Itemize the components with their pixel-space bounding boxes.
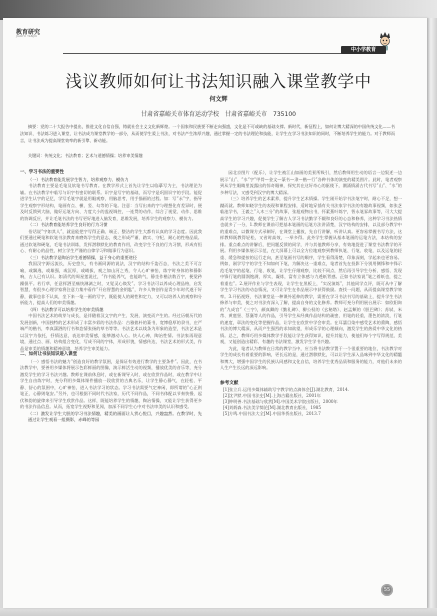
author-affiliation: 甘肃省嘉峪关市体育运动学校 甘肃省嘉峪关市 735100 [0,109,437,118]
scan-top-shadow [0,0,437,20]
paragraph: 为此，笔者认为教师在日常的教学当中，应当将书法教学置于一个很重要的地位，书法教学… [220,346,402,372]
paragraph: 俗话说“字如其人”，就是能把字写得正确、端正、整洁的学生大都有认真的学习态度。因… [20,229,202,255]
page-number: 55 [381,584,393,596]
left-column: 一、学习书法的重要性 （一）书法教育能发展学生智力，培养观察力、模仿力 书法教育… [20,170,202,424]
section-pinyin: JIAOYU YANJIU [16,35,37,38]
scan-bottom-edge [0,608,437,616]
paragraph: 园北京图片（配乐），让学生被江山如画的美景所吸引，然后教师用生动的语言一边叙述一… [220,170,402,196]
article-author: 何文辉 [0,94,437,103]
subheading: （二）激发让学生大胆的学习书法情趣，精美的画面让人赏心悦目，兴趣盎然。在教学时，… [20,411,202,424]
paragraph: （三）培养学生的艺术素养，提升学生艺术情操。学生刚开始学书法笔字时，耐心不足，想… [220,196,402,346]
paragraph: 我国汉字源远流长，历史悠久，有书画同源的说法，汉字的结构千姿百态，书法之美不可言… [20,261,202,307]
abstract: 摘要：党的二十大报告中提出，推进文化自信自强，铸就社会主义文化新辉煌。一个国家和… [20,124,395,145]
right-column: 园北京图片（配乐），让学生被江山如画的美景所吸引，然后教师用生动的语言一边叙述一… [220,170,402,418]
paragraph: 中国书法艺术的萌芽与成长，是伴随着汉文字的产生、发展、演变而产生的。经过历朝历代… [20,313,202,352]
scan-right-edge [427,18,437,616]
paragraph: （一）感悟书法的魅力“创造良好的教学氛围，是保证有效进行教学的主要条件”。因此，… [20,359,202,411]
references: 参考文献 [1]张立兵.运用多媒体辅助写字教学的点滴体会[J].湖北教育，201… [220,380,402,418]
paragraph: 书法教育主要是毛笔及软笔书写教育。在教学形式上首先让学生以临摹写为主，书法理论为… [20,183,202,222]
header-rule [63,53,346,54]
keywords: 关键词：传统文化；书法教育；艺术与道德情操；培养审美情趣 [20,153,395,159]
references-title: 参考文献 [220,380,402,387]
article-title: 浅议教师如何让书法知识融入课堂教学中 [0,68,437,92]
brand-badge: 中小学教育 [341,46,386,54]
reference-item: [5]方鸣.中国书法大全[M].中国华侨出版社，2013.7 [220,411,402,417]
